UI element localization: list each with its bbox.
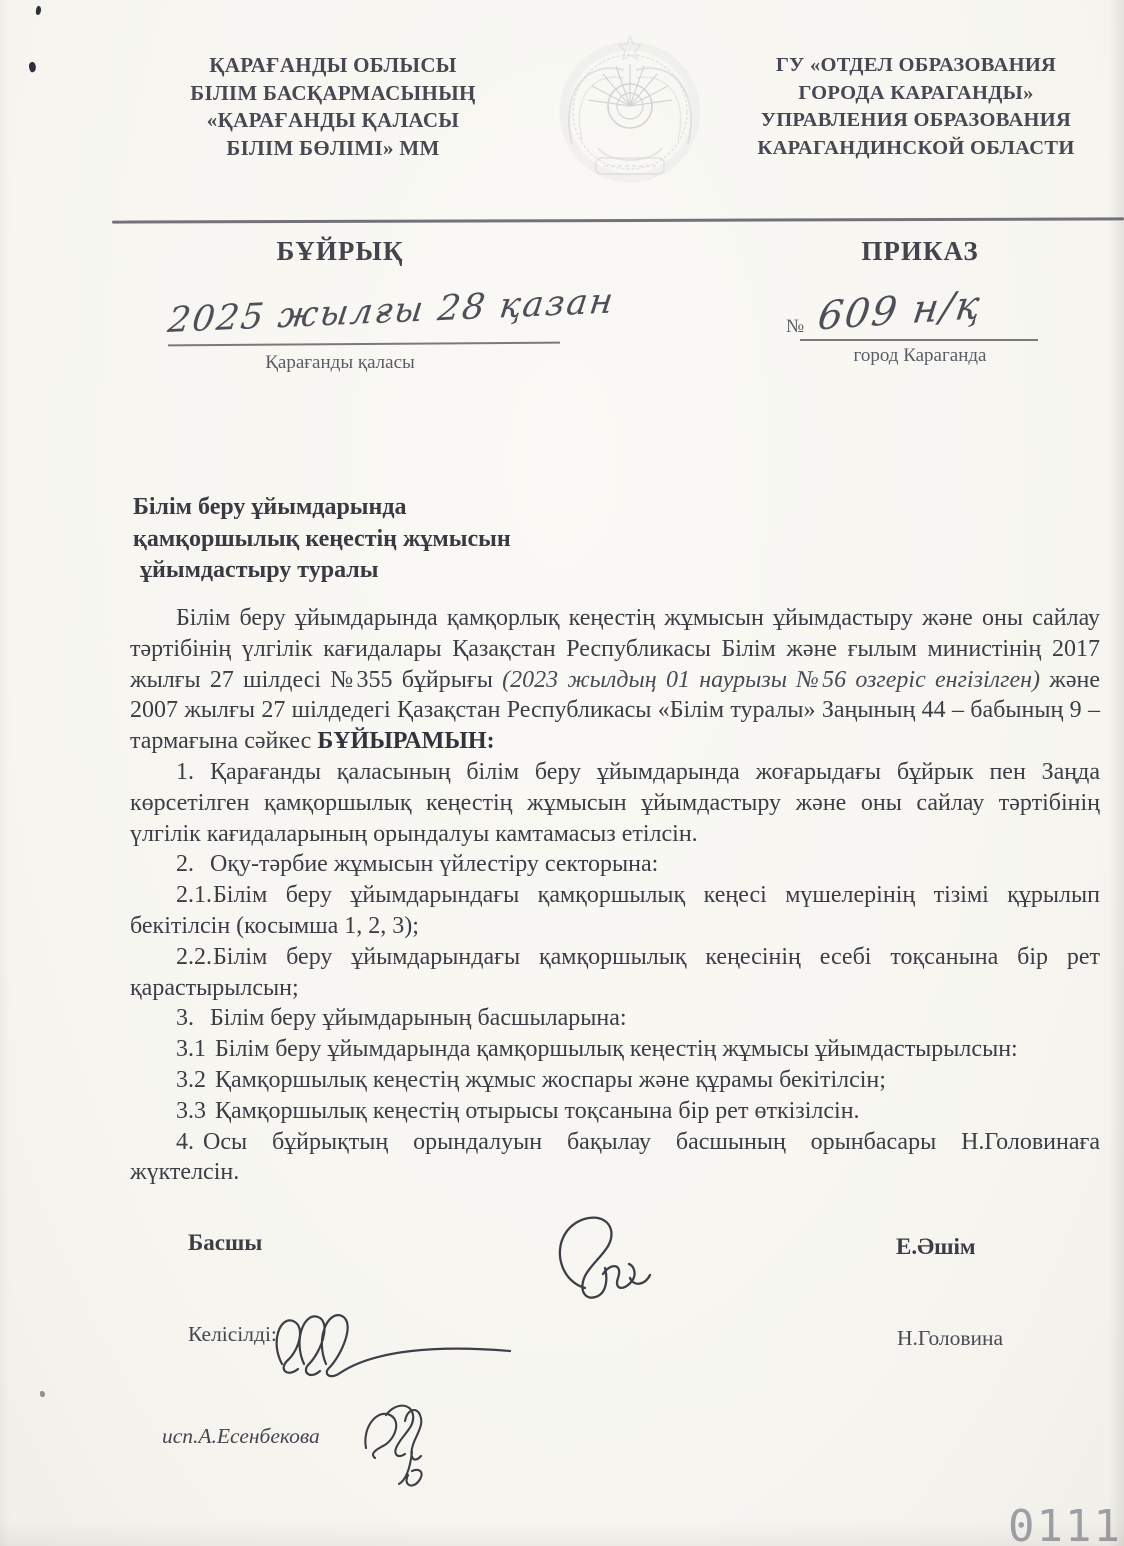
executor-name: исп.А.Есенбекова bbox=[162, 1424, 320, 1449]
org-line: ГУ «ОТДЕЛ ОБРАЗОВАНИЯ bbox=[718, 52, 1114, 80]
form-number-stamp: 011150 bbox=[1008, 1502, 1124, 1546]
intro-paragraph: Білім беру ұйымдарында қамқорлық кеңесті… bbox=[130, 603, 1100, 757]
date-underline bbox=[168, 342, 560, 347]
item-text: Білім беру ұйымдарындағы қамқоршылық кең… bbox=[130, 944, 1100, 1001]
item-text: Осы бұйрықтың орындалуын бақылау басшыны… bbox=[130, 1129, 1100, 1186]
order-item: 2.2.Білім беру ұйымдарындағы қамқоршылық… bbox=[130, 942, 1100, 1004]
order-body: Білім беру ұйымдарында қамқорлық кеңесті… bbox=[130, 603, 1100, 1188]
order-item: 2.Оқу-тәрбие жұмысын үйлестіру секторына… bbox=[130, 849, 1100, 880]
letterhead-divider bbox=[112, 217, 1124, 223]
org-line: БІЛІМ БӨЛІМІ» ММ bbox=[118, 135, 548, 163]
item-number: 4. bbox=[176, 1129, 194, 1155]
org-line: ҚАРАҒАНДЫ ОБЛЫСЫ bbox=[118, 52, 548, 80]
item-number: 3. bbox=[176, 1005, 194, 1031]
item-number: 2.1. bbox=[176, 882, 212, 908]
subject-line: Білім беру ұйымдарында bbox=[133, 492, 753, 524]
item-text: Білім беру ұйымдарында қамқоршылық кеңес… bbox=[215, 1036, 1018, 1062]
item-number: 2. bbox=[176, 851, 194, 877]
handwritten-order-number: 609 н/қ bbox=[815, 277, 1061, 339]
org-line: БІЛІМ БАСҚАРМАСЫНЫҢ bbox=[118, 80, 548, 108]
signer-name: Е.Әшім bbox=[896, 1234, 976, 1260]
agreed-name: Н.Головина bbox=[897, 1326, 1003, 1351]
item-text: Қамқоршылық кеңестің жұмыс жоспары және … bbox=[215, 1067, 886, 1093]
item-number: 3.3 bbox=[176, 1098, 206, 1124]
item-number: 3.1 bbox=[176, 1036, 206, 1062]
item-text: Білім беру ұйымдарының басшыларына: bbox=[210, 1005, 627, 1031]
order-item: 2.1.Білім беру ұйымдарындағы қамқоршылық… bbox=[130, 880, 1100, 942]
order-item: 3.3Қамқоршылық кеңестің отырысы тоқсанын… bbox=[130, 1096, 1100, 1127]
letterhead-org-russian: ГУ «ОТДЕЛ ОБРАЗОВАНИЯ ГОРОДА КАРАГАНДЫ» … bbox=[718, 52, 1114, 162]
item-number: 3.2 bbox=[176, 1067, 206, 1093]
handwritten-order-date: 2025 жылғы 28 қазан bbox=[166, 283, 581, 341]
order-title-kazakh: БҰЙРЫҚ bbox=[180, 236, 500, 267]
order-item: 3.Білім беру ұйымдарының басшыларына: bbox=[130, 1003, 1100, 1034]
order-item: 3.1Білім беру ұйымдарында қамқоршылық ке… bbox=[130, 1034, 1100, 1065]
item-number: 1. bbox=[176, 759, 194, 785]
place-label-kazakh: Қарағанды қаласы bbox=[180, 352, 500, 374]
org-line: ГОРОДА КАРАГАНДЫ» bbox=[718, 80, 1114, 108]
intro-amendment-note: (2023 жылдың 01 наурызы №56 озгеріс енгі… bbox=[502, 667, 1040, 693]
subject-line: ұйымдастыру туралы bbox=[133, 555, 753, 587]
order-verb: БҰЙЫРАМЫН: bbox=[317, 728, 494, 754]
kazakhstan-coat-of-arms-icon bbox=[538, 22, 722, 206]
scan-speck bbox=[28, 61, 38, 73]
org-line: «ҚАРАҒАНДЫ ҚАЛАСЫ bbox=[118, 107, 548, 135]
subject-line: қамқоршылық кеңестің жұмысын bbox=[133, 524, 753, 556]
number-underline bbox=[800, 339, 1038, 341]
order-item: 4.Осы бұйрықтың орындалуын бақылау басшы… bbox=[130, 1127, 1100, 1189]
scanned-order-document: ҚАРАҒАНДЫ ОБЛЫСЫ БІЛІМ БАСҚАРМАСЫНЫҢ «ҚА… bbox=[0, 0, 1124, 1546]
item-text: Қамқоршылық кеңестің отырысы тоқсанына б… bbox=[215, 1098, 860, 1124]
org-line: КАРАГАНДИНСКОЙ ОБЛАСТИ bbox=[718, 135, 1114, 163]
signer-role: Басшы bbox=[188, 1230, 262, 1256]
order-item: 3.2Қамқоршылық кеңестің жұмыс жоспары жә… bbox=[130, 1065, 1100, 1096]
order-title-russian: ПРИКАЗ bbox=[790, 236, 1050, 267]
scan-speck bbox=[40, 1391, 45, 1397]
org-line: УПРАВЛЕНИЯ ОБРАЗОВАНИЯ bbox=[718, 107, 1114, 135]
executor-signature-image bbox=[352, 1396, 462, 1496]
place-label-russian: город Караганда bbox=[790, 345, 1050, 367]
item-text: Білім беру ұйымдарындағы қамқоршылық кең… bbox=[130, 882, 1100, 939]
agreed-signature-image bbox=[262, 1300, 522, 1390]
item-number: 2.2. bbox=[176, 944, 212, 970]
order-subject: Білім беру ұйымдарында қамқоршылық кеңес… bbox=[133, 492, 753, 587]
letterhead-org-kazakh: ҚАРАҒАНДЫ ОБЛЫСЫ БІЛІМ БАСҚАРМАСЫНЫҢ «ҚА… bbox=[118, 52, 548, 162]
order-item: 1.Қарағанды қаласының білім беру ұйымдар… bbox=[130, 757, 1100, 849]
number-label: № bbox=[786, 316, 804, 338]
scan-speck bbox=[35, 6, 42, 16]
item-text: Оқу-тәрбие жұмысын үйлестіру секторына: bbox=[210, 851, 658, 877]
head-signature-image bbox=[545, 1208, 665, 1308]
item-text: Қарағанды қаласының білім беру ұйымдарын… bbox=[130, 759, 1100, 847]
